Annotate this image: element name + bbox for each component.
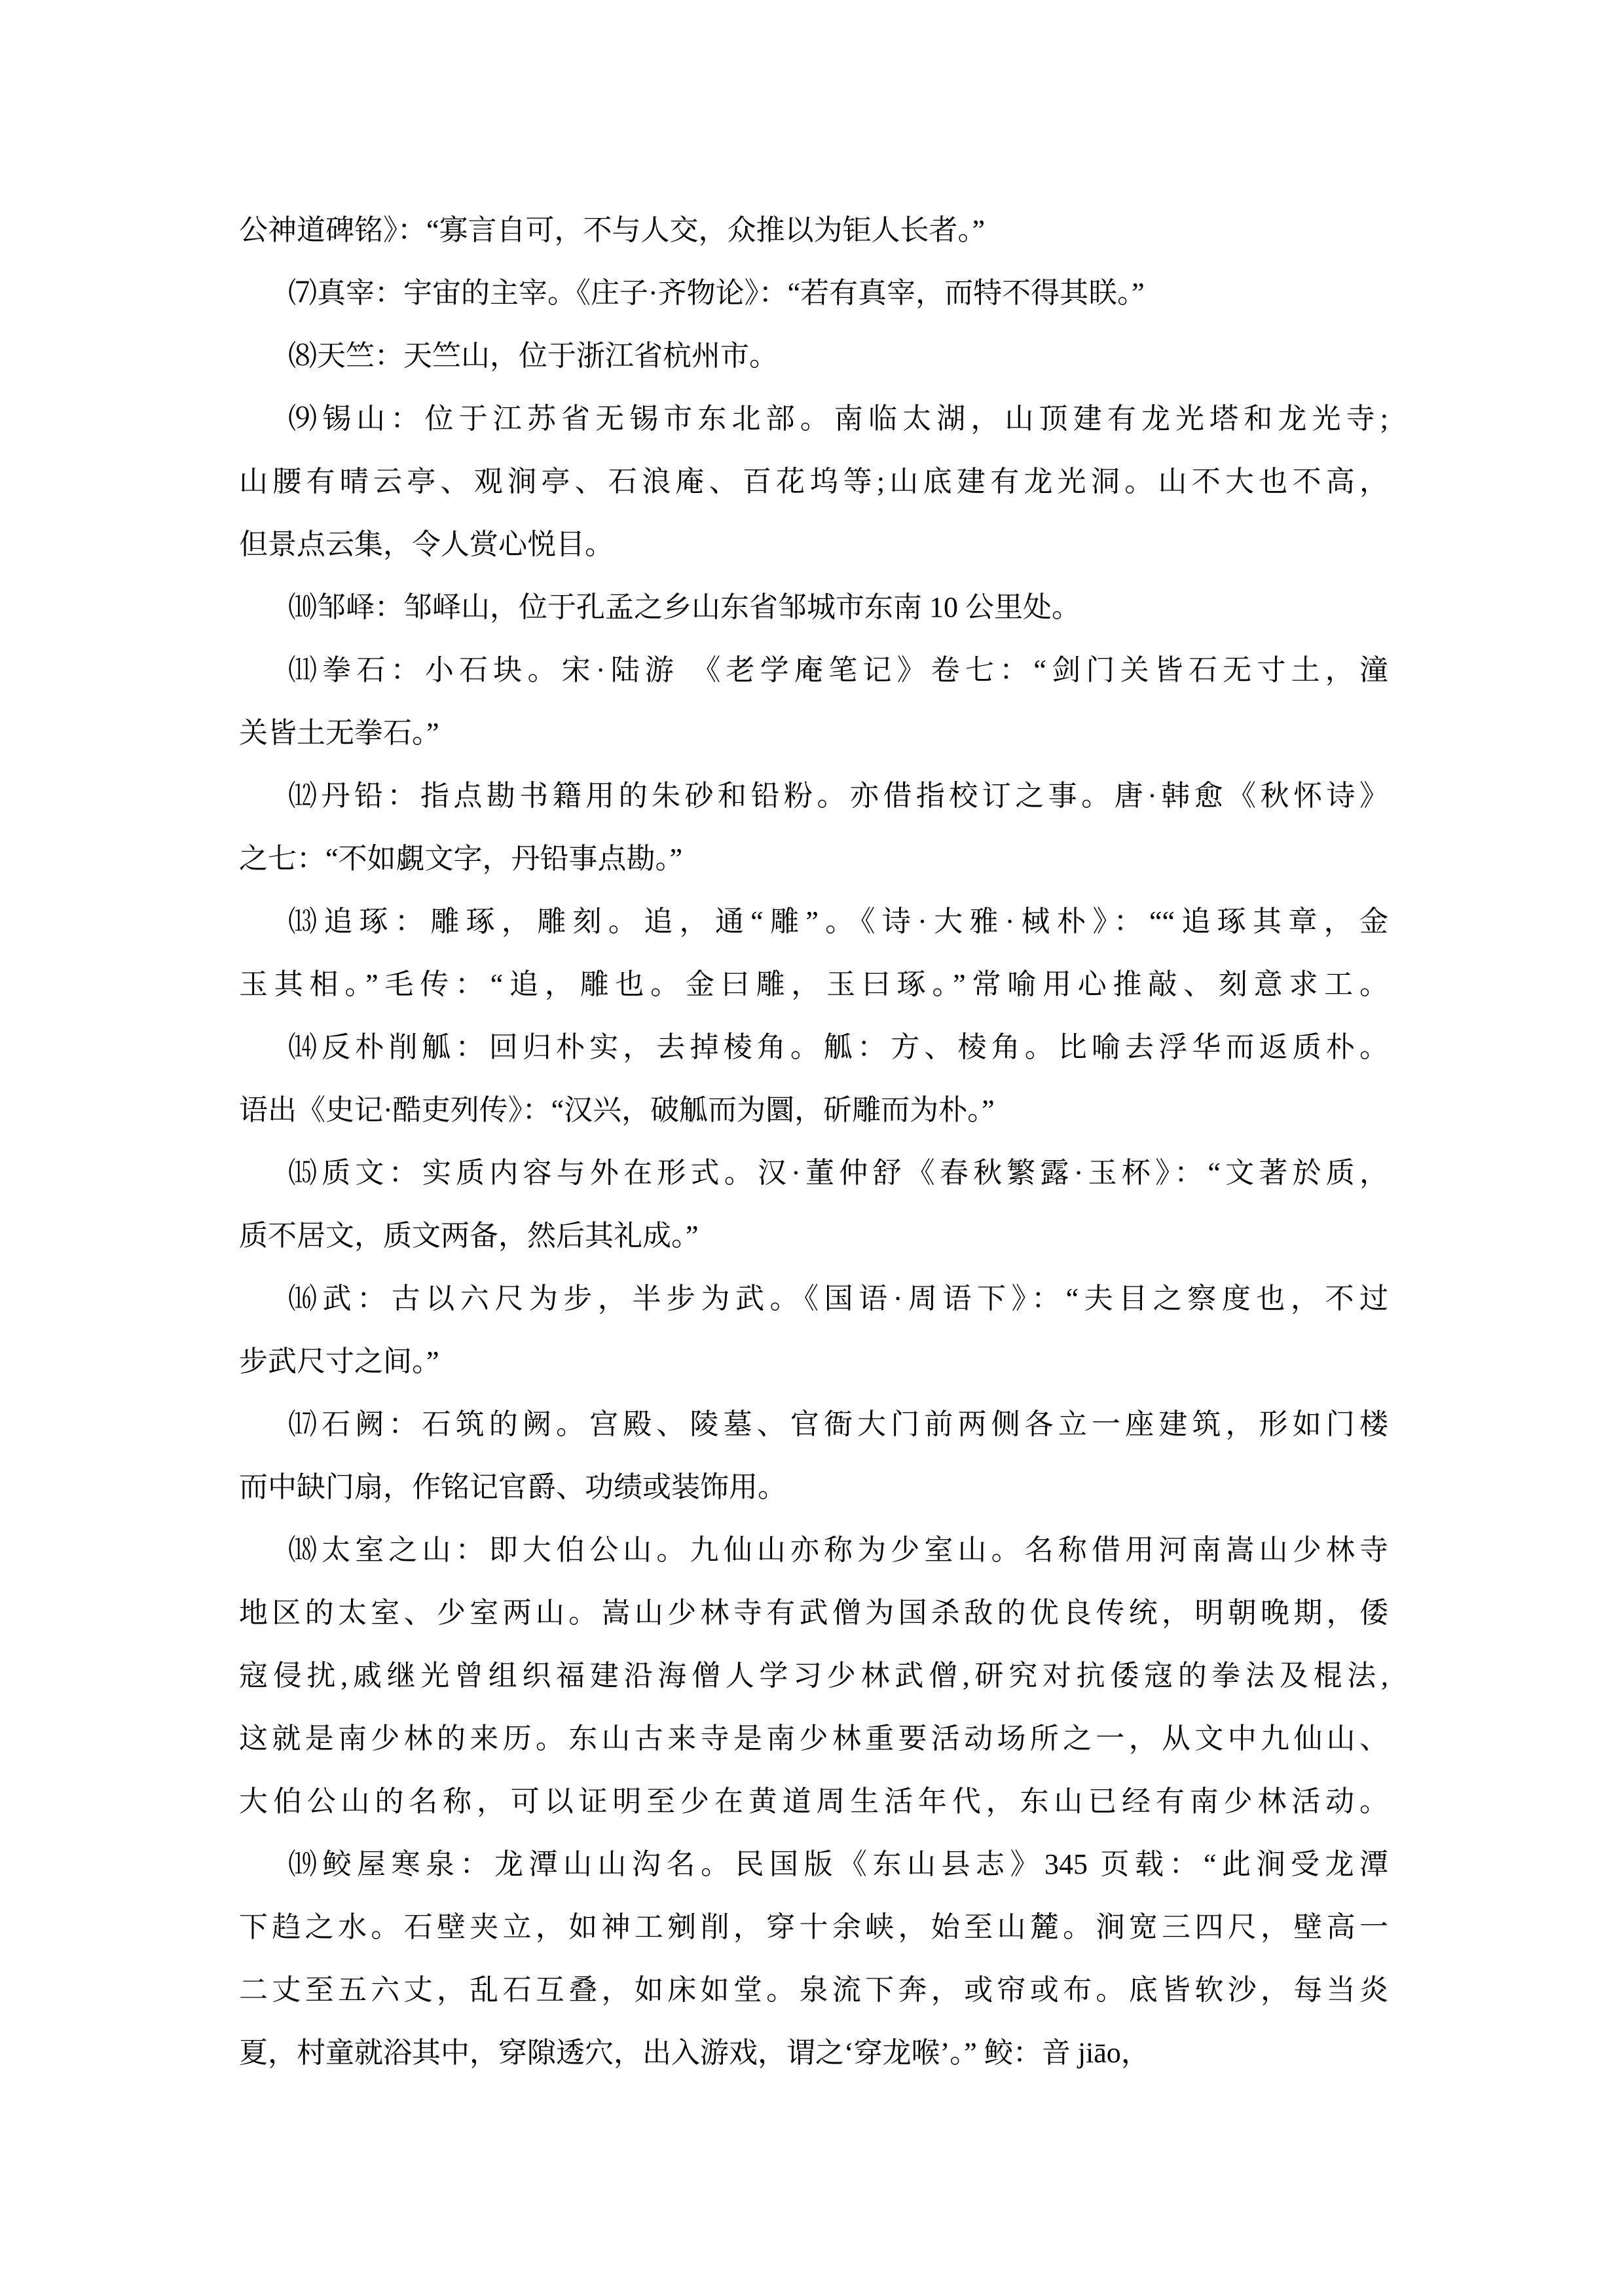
text-line: ⑽邹峄：邹峄山，位于孔孟之乡山东省邹城市东南 10 公里处。 (239, 576, 1388, 639)
text-line: 之七：“不如覷文字，丹铅事点勘。” (239, 828, 1388, 890)
text-line: 地区的太室、少室两山。嵩山少林寺有武僧为国杀敌的优良传统，明朝晚期，倭 (239, 1582, 1388, 1645)
text-line: 语出《史记·酷吏列传》：“汉兴，破觚而为圜，斫雕而为朴。” (239, 1079, 1388, 1142)
text-block: 公神道碑铭》：“寡言自可，不与人交，众推以为钜人长者。” ⑺真宰：宇宙的主宰。《… (239, 199, 1388, 2085)
text-line: 但景点云集，令人赏心悦目。 (239, 513, 1388, 576)
text-line: 寇侵扰,戚继光曾组织福建沿海僧人学习少林武僧,研究对抗倭寇的拳法及棍法, (239, 1645, 1388, 1707)
text-line: 质不居文，质文两备，然后其礼成。” (239, 1205, 1388, 1267)
text-line: 玉其相。”毛传：“追，雕也。金曰雕，玉曰琢。”常喻用心推敲、刻意求工。 (239, 953, 1388, 1016)
text-line: ⒄石阙：石筑的阙。宫殿、陵墓、官衙大门前两侧各立一座建筑，形如门楼 (239, 1393, 1388, 1456)
text-line: 这就是南少林的来历。东山古来寺是南少林重要活动场所之一，从文中九仙山、 (239, 1707, 1388, 1770)
text-line: ⑾拳石：小石块。宋·陆游 《老学庵笔记》卷七：“剑门关皆石无寸土，潼 (239, 639, 1388, 702)
text-line: ⒁反朴削觚：回归朴实，去掉棱角。觚：方、棱角。比喻去浮华而返质朴。 (239, 1016, 1388, 1079)
text-line: ⑺真宰：宇宙的主宰。《庄子·齐物论》：“若有真宰，而特不得其眹。” (239, 262, 1388, 325)
text-line: ⒅太室之山：即大伯公山。九仙山亦称为少室山。名称借用河南嵩山少林寺 (239, 1519, 1388, 1582)
text-line: ⒀追琢：雕琢，雕刻。追，通“雕”。《诗·大雅·棫朴》：““追琢其章，金 (239, 890, 1388, 953)
document-page: 公神道碑铭》：“寡言自可，不与人交，众推以为钜人长者。” ⑺真宰：宇宙的主宰。《… (0, 0, 1624, 2296)
text-line: ⑼锡山：位于江苏省无锡市东北部。南临太湖，山顶建有龙光塔和龙光寺; (239, 388, 1388, 450)
text-line: 公神道碑铭》：“寡言自可，不与人交，众推以为钜人长者。” (239, 199, 1388, 262)
text-line: 而中缺门扇，作铭记官爵、功绩或装饰用。 (239, 1456, 1388, 1519)
text-line: ⑻天竺：天竺山，位于浙江省杭州市。 (239, 325, 1388, 388)
text-line: ⒂质文：实质内容与外在形式。汉·董仲舒《春秋繁露·玉杯》：“文著於质， (239, 1142, 1388, 1205)
text-line: ⑿丹铅：指点勘书籍用的朱砂和铅粉。亦借指校订之事。唐·韩愈《秋怀诗》 (239, 765, 1388, 828)
text-line: 关皆土无拳石。” (239, 702, 1388, 765)
text-line: 夏，村童就浴其中，穿隙透穴，出入游戏，谓之‘穿龙喉’。” 鲛：音 jiāo， (239, 2022, 1388, 2085)
text-line: 步武尺寸之间。” (239, 1330, 1388, 1393)
text-line: 山腰有晴云亭、观涧亭、石浪庵、百花坞等;山底建有龙光洞。山不大也不高， (239, 450, 1388, 513)
text-line: ⒆鲛屋寒泉：龙潭山山沟名。民国版《东山县志》345 页载：“此涧受龙潭 (239, 1833, 1388, 1896)
text-line: 大伯公山的名称，可以证明至少在黄道周生活年代，东山已经有南少林活动。 (239, 1770, 1388, 1833)
text-line: 二丈至五六丈，乱石互叠，如床如堂。泉流下奔，或帘或布。底皆软沙，每当炎 (239, 1959, 1388, 2022)
text-line: ⒃武：古以六尺为步，半步为武。《国语·周语下》：“夫目之察度也，不过 (239, 1267, 1388, 1330)
text-line: 下趋之水。石壁夹立，如神工剜削，穿十余峡，始至山麓。涧宽三四尺，壁高一 (239, 1896, 1388, 1959)
